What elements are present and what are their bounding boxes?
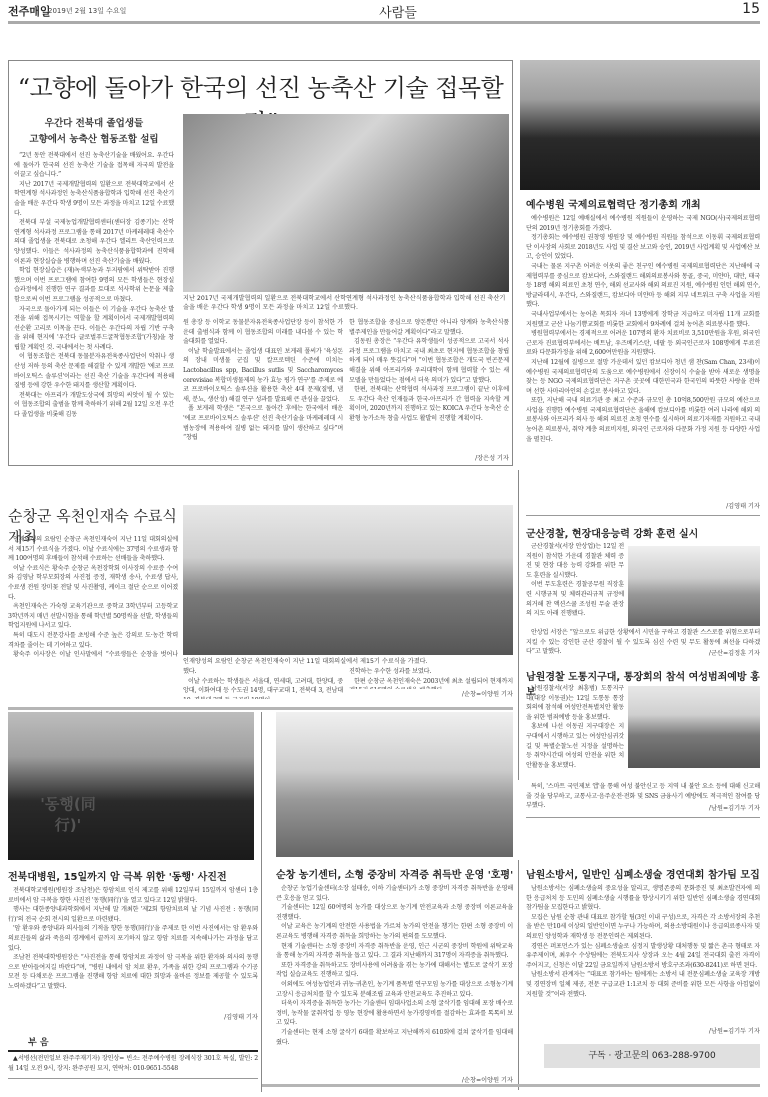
paragraph: 정기총회는 예수병원 권창영 병원장 및 예수병원 직원들 참석으로 이동휘 국… <box>526 233 760 262</box>
section-divider <box>8 707 513 710</box>
divider <box>526 515 760 516</box>
paragraph: 이 협동조합은 전북대 동물분자유전육종사업단이 악취나 생산성 저하 등의 축… <box>14 352 174 390</box>
paragraph: 더욱이 자격증을 취득한 농가는 기술센터 임대사업소의 소형 굴삭기를 임대해… <box>276 999 513 1028</box>
okcheon-col-2: 했다. 이날 수료하는 학생들은 서울대, 연세대, 고려대, 한양대, 중앙대… <box>183 667 343 699</box>
paragraph: 진학하는 우수한 성과를 보였다. <box>349 667 513 677</box>
paragraph: 또한 자격증을 취득하고도 장비사용에 어려움을 겪는 농가에 대해서는 별도로… <box>276 961 513 980</box>
footer-rule <box>262 1084 760 1087</box>
page-number: 15 <box>742 1 760 17</box>
issue-date: 2019년 2월 13일 수요일 <box>48 6 126 16</box>
paragraph: 홍보에 나선 이동권 지구대장은 지구대에서 시행하고 있는 여성안심귀갓길 및… <box>526 722 624 770</box>
paragraph: 이날 수료하는 학생들은 서울대, 연세대, 고려대, 한양대, 중앙대, 이화… <box>183 677 343 699</box>
paragraph: 또한, 지난해 국내 의료기관 중 최고 수준과 규모인 총 10억8,500만… <box>526 396 760 444</box>
divider <box>526 817 760 818</box>
namwon-fire-byline: /남원=김기두 기자 <box>526 1026 760 1035</box>
paragraph: 특히 대도시 전문강사를 초빙해 수준 높은 강의로 도·농간 학력 격차를 줄… <box>8 631 178 650</box>
paragraph: 경연은 퍼포먼스가 있는 심폐소생술로 심정지 발생상황 대처행동 및 짧은 촌… <box>526 942 760 971</box>
paragraph: 폴 보게레 학생은 “본국으로 돌아간 후에는 한국에서 배운 '에코 프로바이… <box>183 404 343 442</box>
paragraph: 전북대 부설 국제농업개발협력센터(센터장 김종기)는 산학연계형 석사과정 프… <box>14 218 174 266</box>
divider <box>8 1078 258 1079</box>
paragraph: 한편 순창군 옥천인재숙은 2003년에 최초 설립되어 현재까지 제15기 6… <box>349 677 513 689</box>
paragraph: 남원경찰서(서장 최흥범) 도통지구대(대장 이동권)는 12일 도통동 통장회… <box>526 684 624 722</box>
paragraph: 남원소방서는 심폐소생술의 중요성을 알리고, 생명존중의 문화증진 및 최초발… <box>526 884 760 913</box>
paragraph: 예수병원은 12일 예배실에서 예수병원 직원들이 운영하는 국제 NGO(사)… <box>526 214 760 233</box>
lead-subhead-1: 우간다 전북대 졸업생들 <box>14 115 174 129</box>
agri-body: 순창군 농업기술센터(소장 설태송, 이하 기술센터)가 소형 중장비 자격증 … <box>276 884 513 1076</box>
lead-subhead-2: 고향에서 농축산 협동조합 설립 <box>14 131 174 145</box>
paragraph: 병원협력부에서는 경제적으로 어려운 107명의 환자 치료비로 3,510만원… <box>526 329 760 358</box>
okcheon-photo <box>183 505 513 655</box>
obituary-rule <box>8 1050 258 1052</box>
lead-col-2: 원 총장 등 이학교 동물분자유전육종사업단장 등이 참석한 가운데 출범식과 … <box>183 318 343 462</box>
paragraph: 이날 수료식은 황숙주 순창군 옥천장학회 이사장의 수료증 수여와 김영남 학… <box>8 564 178 602</box>
jbuh-photo-sign: '동행(同行)' <box>28 793 108 835</box>
paragraph: 황숙주 이사장은 이날 인사말에서 “수료생들은 순창을 벗어나 대학생으로 첫… <box>8 650 178 660</box>
paragraph: 이날 교육은 농기계의 안전한 사용법을 가르쳐 농가의 안전을 챙기는 한편 … <box>276 922 513 941</box>
lead-photo-caption: 지난 2017년 국제개발협력의 일환으로 전북대학교에서 산학연계형 석사과정… <box>183 294 509 312</box>
okcheon-col-1: 인재양성의 요람인 순창군 옥천인재숙이 지난 11일 대회의실에서 제15기 … <box>8 535 178 660</box>
lead-col-1: “2년 동안 전북대에서 선진 농축산기술을 배웠어요. 우간다에 돌아가 한국… <box>14 151 174 461</box>
yesu-photo <box>520 60 760 190</box>
yesu-title: 예수병원 국제의료협력단 정기총회 개최 <box>526 196 760 211</box>
yesu-body: 예수병원은 12일 예배실에서 예수병원 직원들이 운영하는 국제 NGO(사)… <box>526 214 760 514</box>
masthead-rule <box>8 21 760 24</box>
jbuh-photo <box>8 712 254 860</box>
column-rule <box>261 712 262 1092</box>
okcheon-byline: /순창=이양원 기자 <box>349 689 513 698</box>
lead-byline: /장은성 기자 <box>349 453 509 462</box>
paragraph: 모집은 남원 순창 관내 대표로 참가할 팀(3인 이내 구성)으로, 자격은 … <box>526 913 760 942</box>
gunsan-byline: /군산=김정훈 기자 <box>526 648 760 657</box>
namwon-fire-body: 남원소방서는 심폐소생술의 중요성을 알리고, 생명존중의 문화증진 및 최초발… <box>526 884 760 1004</box>
jbuh-title: 전북대병원, 15일까지 암 극복 위한 '동행' 사진전 <box>8 868 258 883</box>
agri-photo <box>276 712 513 857</box>
jbuh-body: 전북대학교병원(병원장 조남천)은 항암치료 인식 제고를 위해 12일부터 1… <box>8 886 258 1011</box>
paragraph: 남원소방서 관계자는 “대표로 참가하는 팀에게는 소방서 내 전문심폐소생술 … <box>526 970 760 999</box>
namwon-fire-title: 남원소방서, 일반인 심폐소생술 경연대회 참가팀 모집 <box>526 866 760 881</box>
paragraph: 순창군 농업기술센터(소장 설태송, 이하 기술센터)가 소형 중장비 자격증 … <box>276 884 513 903</box>
namwon-police-photo <box>628 686 760 768</box>
gunsan-photo <box>628 546 760 626</box>
paragraph: 지난해 12월에 질병으로 절망 가운데서 있던 캄보디아 청년 샘 찬(Sam… <box>526 358 760 396</box>
obituary-title: 부 음 <box>28 1035 88 1048</box>
jbuh-byline: /김영태 기자 <box>8 1012 258 1021</box>
paragraph: 학업 현장실습은 (재)녹색부농과 두지팜에서 위탁받아 진행했으며 이번 프로… <box>14 266 174 304</box>
column-rule <box>518 860 519 1090</box>
paragraph: 이날 학술발표에서는 졸업생 대표인 보게레 폴씨가 '육성돈의 장내 미생물 … <box>183 347 343 405</box>
agri-title: 순창 농기센터, 소형 중장비 자격증 취득반 운영 '호평' <box>276 866 516 881</box>
paragraph: 국내사업부에서는 농어촌 목회자 자녀 13명에게 장학금 지급하고 미자립 1… <box>526 310 760 329</box>
okcheon-photo-caption: 인재양성의 요람인 순창군 옥천인재숙이 지난 11일 대회의실에서 제15기 … <box>183 657 513 666</box>
obituary-text: ▲서병선(전민일보 완주주재기자) 장인상= 빈소: 전주예수병원 장례식장 3… <box>8 1054 258 1073</box>
lead-photo <box>183 114 509 292</box>
gunsan-title: 군산경찰, 현장대응능력 강화 훈련 실시 <box>526 525 760 540</box>
paragraph: 인재양성의 요람인 순창군 옥천인재숙이 지난 11일 대회의실에서 제15기 … <box>8 535 178 564</box>
lead-col-3: 한 협동조합을 중심으로 양돈뿐만 아니라 양계와 농축산식품 별주제인을 만들… <box>349 318 509 452</box>
paper-name: 전주매일 <box>8 3 51 19</box>
column-rule <box>518 470 519 780</box>
paragraph: 했다. <box>183 667 343 677</box>
paragraph: 기술센터는 12일 60여명의 농가를 대상으로 농기계 안전교육과 소형 중장… <box>276 903 513 922</box>
paragraph: 국내는 물론 지구촌 어려운 이웃의 좋은 친구인 예수병원 국제의료협력단은 … <box>526 262 760 310</box>
paragraph: 한편, 전북대는 산학협력 석사과정 프로그램이 끝난 이후에도 우간다 축산 … <box>349 385 509 423</box>
paragraph: 자국으로 돌아가게 되는 이들은 이 기술을 우간다 농축산 발전을 위해 접목… <box>14 305 174 353</box>
okcheon-col-3: 진학하는 우수한 성과를 보였다. 한편 순창군 옥천인재숙은 2003년에 최… <box>349 667 513 689</box>
paragraph: 전북대학교병원(병원장 조남천)은 항암치료 인식 제고를 위해 12일부터 1… <box>8 886 258 905</box>
paragraph: '암 환우와 종양내과 의사들의 기적을 향한 동행(同行)'을 주제로 한 이… <box>8 924 258 953</box>
paragraph: 한 협동조합을 중심으로 양돈뿐만 아니라 양계와 농축산식품 별주제인을 만들… <box>349 318 509 337</box>
agri-byline: /순창=이양원 기자 <box>276 1075 513 1084</box>
paragraph: 군산경찰서(서장 안상업)는 12일 전 직원이 참석한 가운데 경찰관 체력 … <box>526 542 624 580</box>
paragraph: 전북대는 아프리카 개발도상국에 희망의 씨앗이 될 수 있는 이 협동조합의 … <box>14 391 174 420</box>
paragraph: “2년 동안 전북대에서 선진 농축산기술을 배웠어요. 우간다에 돌아가 한국… <box>14 151 174 180</box>
yesu-byline: /김영태 기자 <box>526 501 760 510</box>
paragraph: 원 총장 등 이학교 동물분자유전육종사업단장 등이 참석한 가운데 출범식과 … <box>183 318 343 347</box>
gunsan-body-wrap: 군산경찰서(서장 안상업)는 12일 전 직원이 참석한 가운데 경찰관 체력 … <box>526 542 624 622</box>
paragraph: 지난 2017년 국제개발협력의 일환으로 전북대학교에서 산학연계형 석사과정… <box>14 180 174 218</box>
namwon-police-byline: /남원=김기두 기자 <box>526 803 760 812</box>
paragraph: 행사는 대한종양내과학회에서 지난해 말 개최한 '제2회 항암치료의 날 기념… <box>8 905 258 924</box>
paragraph: 조남천 전북대학병원장은 “사진전을 통해 항암치료 과정이 암 극복을 위한 … <box>8 953 258 991</box>
paragraph: 옥천인재숙은 가숙형 교육기관으로 중학교 3학년부터 고등학교 3학년까지 매… <box>8 602 178 631</box>
paragraph: 기술센터는 현재 소형 굴삭기 6대를 확보하고 지난해까지 610회에 걸쳐 … <box>276 1028 513 1047</box>
paragraph: 이번 무도훈련은 경찰공무원 직장훈련 시행규칙 및 체력관리규칙 규정에 의거… <box>526 580 624 618</box>
paragraph: 현재 기술센터는 소형 중장비 자격증 취득반을 운영, 인근 시군의 중장비 … <box>276 942 513 961</box>
subscription-ad-text: 구독 · 광고문의 063-288-9700 <box>588 1051 715 1061</box>
section-title: 사람들 <box>348 2 448 21</box>
namwon-police-body-wrap: 남원경찰서(서장 최흥범) 도통지구대(대장 이동권)는 12일 도통동 통장회… <box>526 684 624 780</box>
paragraph: 김동원 총장은 “우간다 유학생들이 성공적으로 고국서 석사과정 프로그램을 … <box>349 337 509 385</box>
subscription-ad: 구독 · 광고문의 063-288-9700 <box>544 1044 760 1068</box>
paragraph: 이외에도 여성농업인과 귀농·귀촌인, 농기계 품목별 연구모임 농가를 대상으… <box>276 980 513 999</box>
